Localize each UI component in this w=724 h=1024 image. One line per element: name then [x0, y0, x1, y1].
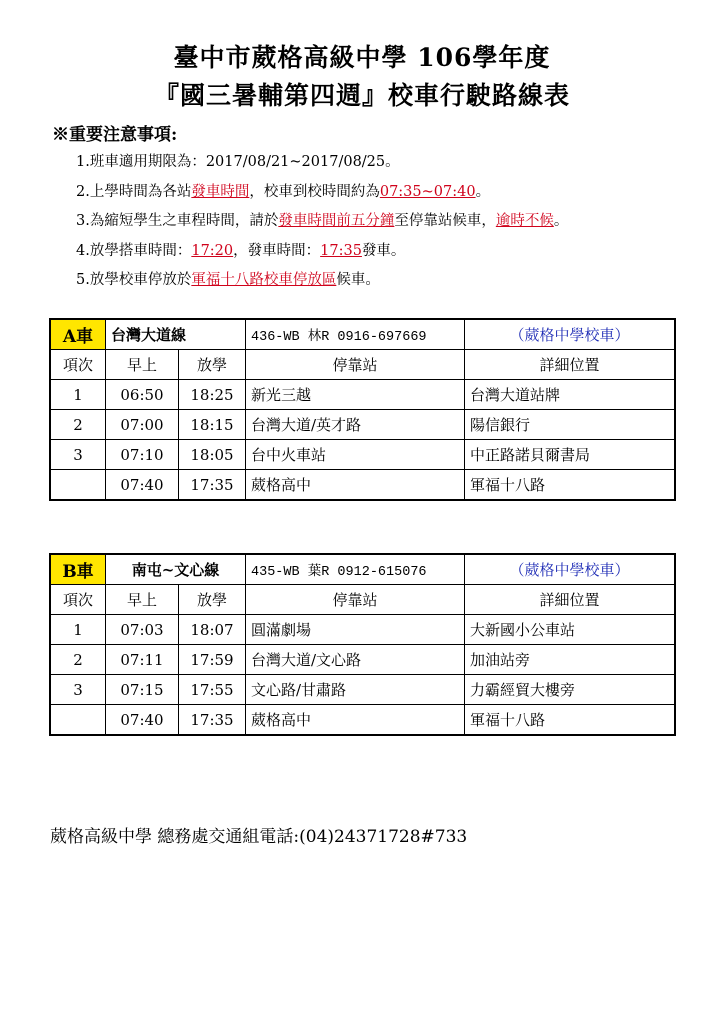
afternoon-time: 18:15 — [179, 410, 246, 440]
row-number: 2 — [50, 410, 106, 440]
route-name: 南屯~文心線 — [106, 554, 246, 585]
table-row: 307:1517:55文心路/甘肅路力霸經貿大樓旁 — [50, 675, 675, 705]
note-text: ，發車時間： — [233, 243, 320, 259]
afternoon-time: 17:55 — [179, 675, 246, 705]
note-item: 2.上學時間為各站發車時間，校車到校時間約為07:35~07:40。 — [76, 178, 568, 208]
morning-time: 06:50 — [106, 380, 179, 410]
route-name: 台灣大道線 — [106, 319, 246, 350]
stop-location: 中正路諾貝爾書局 — [465, 440, 676, 470]
note-highlight: 逾時不候 — [496, 213, 554, 229]
stop-location: 加油站旁 — [465, 645, 676, 675]
morning-time: 07:00 — [106, 410, 179, 440]
col-afternoon: 放學 — [179, 585, 246, 615]
stop-location: 軍福十八路 — [465, 705, 676, 736]
stop-location: 台灣大道站牌 — [465, 380, 676, 410]
note-highlight: 發車時間 — [191, 184, 249, 200]
morning-time: 07:10 — [106, 440, 179, 470]
row-number: 3 — [50, 440, 106, 470]
stop-name: 葳格高中 — [246, 470, 465, 501]
stop-name: 圓滿劇場 — [246, 615, 465, 645]
notes-list: 1.班車適用期限為：2017/08/21~2017/08/25。2.上學時間為各… — [76, 148, 568, 296]
column-header-row: 項次 早上 放學 停靠站 詳細位置 — [50, 585, 675, 615]
note-text: 發車。 — [362, 243, 406, 259]
note-text: 至停靠站候車， — [394, 213, 496, 229]
table-row: 07:4017:35葳格高中軍福十八路 — [50, 705, 675, 736]
morning-time: 07:11 — [106, 645, 179, 675]
note-item: 4.放學搭車時間：17:20，發車時間：17:35發車。 — [76, 237, 568, 267]
route-header-row: B車 南屯~文心線 435-WB 葉R 0912-615076 （葳格中學校車） — [50, 554, 675, 585]
morning-time: 07:40 — [106, 470, 179, 501]
col-morning: 早上 — [106, 350, 179, 380]
document-subtitle: 『國三暑輔第四週』校車行駛路線表 — [0, 76, 724, 112]
note-text: 。 — [476, 184, 491, 200]
school-bus-label: （葳格中學校車） — [465, 319, 676, 350]
notes-heading: ※重要注意事項: — [52, 120, 177, 145]
footer-contact: 葳格高級中學 總務處交通組電話:(04)24371728#733 — [50, 822, 467, 847]
driver-info: 436-WB 林R 0916-697669 — [246, 319, 465, 350]
afternoon-time: 18:05 — [179, 440, 246, 470]
morning-time: 07:03 — [106, 615, 179, 645]
stop-name: 台灣大道/英才路 — [246, 410, 465, 440]
document-title: 臺中市葳格高級中學 106學年度 — [0, 38, 724, 74]
table-row: 307:1018:05台中火車站中正路諾貝爾書局 — [50, 440, 675, 470]
col-location: 詳細位置 — [465, 585, 676, 615]
col-no: 項次 — [50, 350, 106, 380]
stop-location: 大新國小公車站 — [465, 615, 676, 645]
afternoon-time: 17:59 — [179, 645, 246, 675]
row-number: 2 — [50, 645, 106, 675]
driver-info: 435-WB 葉R 0912-615076 — [246, 554, 465, 585]
car-badge: A車 — [50, 319, 106, 350]
row-number — [50, 470, 106, 501]
school-bus-label: （葳格中學校車） — [465, 554, 676, 585]
route-table-a: A車 台灣大道線 436-WB 林R 0916-697669 （葳格中學校車） … — [49, 318, 676, 501]
stop-location: 力霸經貿大樓旁 — [465, 675, 676, 705]
stop-name: 新光三越 — [246, 380, 465, 410]
note-text: ，校車到校時間約為 — [249, 184, 380, 200]
note-text: 3.為縮短學生之車程時間，請於 — [76, 213, 278, 229]
stop-name: 葳格高中 — [246, 705, 465, 736]
column-header-row: 項次 早上 放學 停靠站 詳細位置 — [50, 350, 675, 380]
route-table-b: B車 南屯~文心線 435-WB 葉R 0912-615076 （葳格中學校車）… — [49, 553, 676, 736]
stop-location: 陽信銀行 — [465, 410, 676, 440]
morning-time: 07:15 — [106, 675, 179, 705]
row-number: 1 — [50, 380, 106, 410]
col-afternoon: 放學 — [179, 350, 246, 380]
table-row: 207:0018:15台灣大道/英才路陽信銀行 — [50, 410, 675, 440]
note-highlight: 17:20 — [191, 243, 233, 259]
note-highlight: 07:35~07:40 — [380, 184, 476, 200]
table-row: 207:1117:59台灣大道/文心路加油站旁 — [50, 645, 675, 675]
note-text: 。 — [554, 213, 569, 229]
note-item: 1.班車適用期限為：2017/08/21~2017/08/25。 — [76, 148, 568, 178]
note-item: 3.為縮短學生之車程時間，請於發車時間前五分鐘至停靠站候車，逾時不候。 — [76, 207, 568, 237]
afternoon-time: 17:35 — [179, 705, 246, 736]
note-text: 候車。 — [336, 272, 380, 288]
stop-name: 台中火車站 — [246, 440, 465, 470]
col-stop: 停靠站 — [246, 350, 465, 380]
morning-time: 07:40 — [106, 705, 179, 736]
table-row: 106:5018:25新光三越台灣大道站牌 — [50, 380, 675, 410]
table-row: 07:4017:35葳格高中軍福十八路 — [50, 470, 675, 501]
row-number: 3 — [50, 675, 106, 705]
table-row: 107:0318:07圓滿劇場大新國小公車站 — [50, 615, 675, 645]
note-highlight: 17:35 — [320, 243, 362, 259]
row-number: 1 — [50, 615, 106, 645]
row-number — [50, 705, 106, 736]
note-highlight: 軍福十八路校車停放區 — [191, 272, 336, 288]
note-text: 2.上學時間為各站 — [76, 184, 191, 200]
stop-name: 台灣大道/文心路 — [246, 645, 465, 675]
note-text: 4.放學搭車時間： — [76, 243, 191, 259]
route-header-row: A車 台灣大道線 436-WB 林R 0916-697669 （葳格中學校車） — [50, 319, 675, 350]
note-text: 5.放學校車停放於 — [76, 272, 191, 288]
car-badge: B車 — [50, 554, 106, 585]
afternoon-time: 18:07 — [179, 615, 246, 645]
stop-location: 軍福十八路 — [465, 470, 676, 501]
col-no: 項次 — [50, 585, 106, 615]
afternoon-time: 18:25 — [179, 380, 246, 410]
col-stop: 停靠站 — [246, 585, 465, 615]
afternoon-time: 17:35 — [179, 470, 246, 501]
col-location: 詳細位置 — [465, 350, 676, 380]
note-highlight: 發車時間前五分鐘 — [278, 213, 394, 229]
col-morning: 早上 — [106, 585, 179, 615]
note-text: 1.班車適用期限為：2017/08/21~2017/08/25。 — [76, 154, 400, 170]
note-item: 5.放學校車停放於軍福十八路校車停放區候車。 — [76, 266, 568, 296]
stop-name: 文心路/甘肅路 — [246, 675, 465, 705]
